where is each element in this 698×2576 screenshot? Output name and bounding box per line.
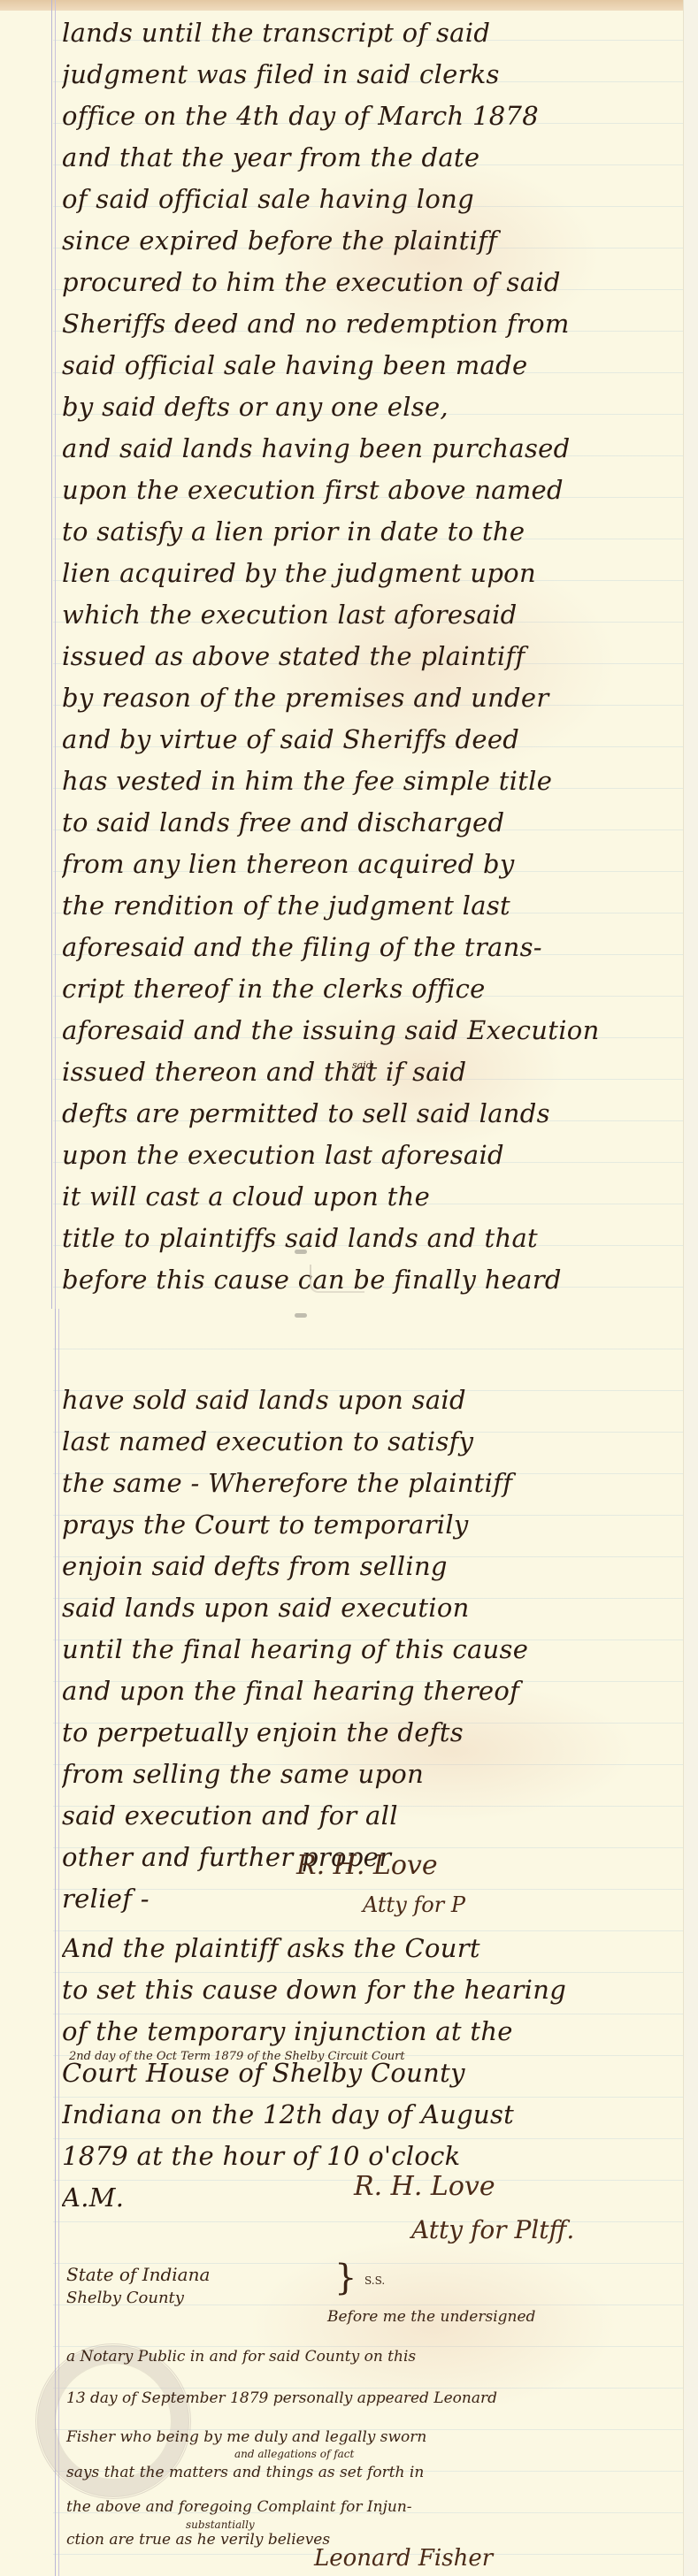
text-line: aforesaid and the issuing said Execution [62, 1010, 663, 1051]
text-line: of the temporary injunction at the [62, 2011, 679, 2052]
staple-hole-mark [295, 1313, 307, 1318]
text-line: have sold said lands upon said [62, 1380, 679, 1421]
affiant-signature: Leonard Fisher [314, 2545, 493, 2572]
notary-text-line: a Notary Public in and for said County o… [66, 2348, 416, 2366]
venue-county: Shelby County [66, 2289, 184, 2307]
text-line: from selling the same upon [62, 1754, 679, 1795]
text-line: to set this cause down for the hearing [62, 1969, 679, 2011]
text-line: upon the execution first above named [62, 470, 663, 511]
text-line: last named execution to satisfy [62, 1421, 679, 1463]
complaint-body-page2: have sold said lands upon said last name… [62, 1380, 679, 1920]
text-line: defts are permitted to sell said lands [62, 1093, 663, 1135]
attorney-title: Atty for Pltff. [411, 2215, 574, 2244]
text-line: procured to him the execution of said [62, 262, 663, 303]
text-line: and by virtue of said Sheriffs deed [62, 719, 663, 761]
text-line: upon the execution last aforesaid [62, 1135, 663, 1176]
text-line: said execution and for all [62, 1795, 679, 1837]
text-line: Indiana on the 12th day of August [62, 2094, 679, 2136]
venue-brace: } [334, 2260, 357, 2296]
text-line: prays the Court to temporarily [62, 1504, 679, 1546]
text-line: since expired before the plaintiff [62, 220, 663, 262]
complaint-body-page1: lands until the transcript of said judgm… [62, 12, 663, 1342]
notary-text-line: Fisher who being by me duly and legally … [66, 2428, 426, 2446]
text-line: to satisfy a lien prior in date to the [62, 511, 663, 553]
venue-ss: S.S. [364, 2274, 385, 2287]
ink-bleed-stain [248, 2237, 619, 2414]
text-line: and said lands having been purchased [62, 428, 663, 470]
attorney-signature: R. H. Love [354, 2171, 495, 2202]
text-line: office on the 4th day of March 1878 [62, 96, 663, 137]
text-line: by said defts or any one else, [62, 386, 663, 428]
margin-rule [51, 0, 56, 1309]
attorney-title: Atty for P [363, 1892, 465, 1917]
text-line: until the final hearing of this cause [62, 1629, 679, 1670]
interlineation: and allegations of fact [234, 2448, 354, 2460]
text-line: has vested in him the fee simple title [62, 761, 663, 802]
text-line: lien acquired by the judgment upon [62, 553, 663, 594]
text-line: by reason of the premises and under [62, 677, 663, 719]
interlineation: 2nd day of the Oct Term 1879 of the Shel… [69, 2050, 405, 2063]
text-line: to said lands free and discharged [62, 802, 663, 844]
attorney-signature: R. H. Love [296, 1850, 438, 1881]
text-line: Sheriffs deed and no redemption from [62, 303, 663, 345]
text-line: it will cast a cloud upon the [62, 1176, 663, 1218]
notary-text-line: Before me the undersigned [327, 2308, 535, 2326]
text-line: aforesaid and the filing of the trans- [62, 927, 663, 968]
text-line: to perpetually enjoin the defts [62, 1712, 679, 1754]
text-line: cript thereof in the clerks office [62, 968, 663, 1010]
notary-text-line: ction are true as he verily believes [66, 2531, 330, 2549]
interlineation: said [352, 1059, 372, 1071]
text-line: the rendition of the judgment last [62, 885, 663, 927]
text-line: lands until the transcript of said [62, 12, 663, 54]
text-line: title to plaintiffs said lands and that [62, 1218, 663, 1259]
text-line: and that the year from the date [62, 137, 663, 179]
notary-text-line: says that the matters and things as set … [66, 2464, 424, 2481]
text-line: and upon the final hearing thereof [62, 1670, 679, 1712]
text-line: issued thereon and that if said [62, 1051, 663, 1093]
text-line: said official sale having been made [62, 345, 663, 386]
notary-text-line: the above and foregoing Complaint for In… [66, 2498, 412, 2516]
notary-text-line: 13 day of September 1879 personally appe… [66, 2389, 497, 2407]
venue-state: State of Indiana [66, 2264, 210, 2285]
text-line: enjoin said defts from selling [62, 1546, 679, 1587]
text-line: from any lien thereon acquired by [62, 844, 663, 885]
text-line: the same - Wherefore the plaintiff [62, 1463, 679, 1504]
interlineation: substantially [186, 2519, 255, 2531]
text-line: of said official sale having long [62, 179, 663, 220]
text-line: which the execution last aforesaid [62, 594, 663, 636]
paper-fold-crease [310, 1265, 364, 1293]
text-line: And the plaintiff asks the Court [62, 1928, 679, 1969]
text-line: issued as above stated the plaintiff [62, 636, 663, 677]
text-line: said lands upon said execution [62, 1587, 679, 1629]
document-sheet-1: lands until the transcript of said judgm… [0, 0, 683, 1309]
text-line: judgment was filed in said clerks [62, 54, 663, 96]
